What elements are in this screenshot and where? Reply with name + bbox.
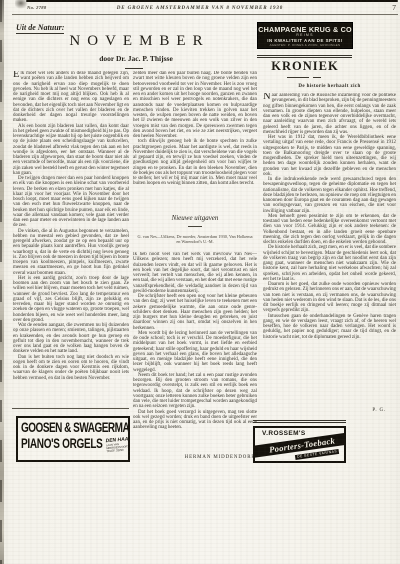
kroniek-text: Naar aanleiding van de Russische inzamel… [263, 93, 396, 405]
kroniek-title: KRONIEK [257, 59, 353, 74]
ad-brand-name: V.ROSSEM'S [262, 430, 306, 437]
champagne-advertisement: CHAMPAGNE KRUG & CO REIMS IN KWALITEIT A… [257, 22, 353, 49]
paragraph: Dat het boek goed verzorgd is uitgegeven… [133, 410, 257, 431]
drop-cap: N [263, 93, 272, 102]
paragraph: De schrijfster heeft een open oog voor h… [133, 294, 257, 331]
paragraph: Men wordt bij de lezing herinnerd aan de… [133, 331, 257, 373]
masthead-title: DE GROENE AMSTERDAMMER VAN 8 NOVEMBER 19… [30, 6, 370, 11]
kroniek-signature: P. G. [263, 408, 386, 413]
ad-phone-line: TELEF. 32290 [106, 448, 130, 454]
paragraph: Daarom is het goed, dat zulke oude woord… [263, 282, 396, 314]
paragraph: Ik heb nooit veel van het werk van mevro… [133, 252, 257, 294]
paragraph: De vinken, die al in Augustus begonnen t… [13, 229, 129, 276]
paragraph: Dan is het buiten toch nog lang niet doo… [13, 355, 129, 381]
article-kicker: Uit de Natuur: [16, 23, 64, 34]
masthead-rule [12, 14, 398, 15]
column-2-text-top: zelden meer dan een paar buiten haag. De… [133, 71, 257, 211]
paragraph: Naar aanleiding van de Russische inzamel… [263, 93, 396, 135]
kroniek-subtitle: De historie herhaalt zich [263, 84, 396, 89]
section-ornament-rule [188, 226, 202, 227]
paragraph: Het was in 1912 dat, meen ik, de Wereldb… [263, 135, 396, 177]
column-2-text-bottom: Ik heb nooit veel van het werk van mevro… [133, 252, 257, 452]
scan-edge-artifact-dark [0, 0, 2, 564]
paragraph: Neem dit boek ter hand; het zal u een pa… [133, 373, 257, 410]
section-heading: Nieuwe uitgaven [133, 214, 257, 222]
ad-line-pianos-orgels: PIANO'S ORGELS [21, 437, 103, 459]
ad-line-goosen-swagerman: GOOSEN & SWAGERMAN [21, 421, 126, 436]
kroniek-ornament-rule [287, 77, 321, 78]
paragraph: zelden meer dan een paar buiten haag. De… [133, 71, 257, 139]
article-byline: door Dr. Jac. P. Thijsse [13, 54, 259, 63]
page-top-edge-line [26, 0, 398, 2]
article-title: NOVEMBER [13, 33, 259, 50]
paragraph: De historie herhaalt zich, zegt men, en … [263, 245, 396, 282]
kroniek-bottom-rule [253, 420, 346, 423]
paragraph: Intusschen gaan de onderhandelingen te G… [263, 314, 396, 340]
paragraph: Het is een aardig gezicht, zoo'n troep d… [13, 276, 129, 323]
newspaper-page: No. 2788 DE GROENE AMSTERDAMMER VAN 8 NO… [0, 0, 400, 564]
paragraph: toch dikwijls genoeg heb ik de bonte spe… [133, 139, 257, 186]
paragraph: Men behoeft geen pessimist te zijn om te… [263, 214, 396, 246]
article-column-2: zelden meer dan een paar buiten haag. De… [133, 71, 257, 463]
paragraph: Wat de eenden aangaat, die zwemmen nu bi… [13, 323, 129, 355]
column-bottom-rule [12, 408, 129, 409]
piano-advertisement: GOOSEN & SWAGERMAN PIANO'S ORGELS DEN HA… [16, 416, 130, 462]
paragraph: Elk moet wel iets anders in deze maand g… [13, 71, 129, 124]
kroniek-column: CHAMPAGNE KRUG & CO REIMS IN KWALITEIT A… [253, 20, 396, 464]
page-number: 7 [382, 3, 396, 12]
review-signature: HERMAN MIDDENDORP [133, 455, 255, 460]
paragraph: Als een boom zijn bladeren laat vallen, … [13, 124, 129, 177]
tobacco-advertisement: V.ROSSEM'S Poorters-Toeback DE BESTE VAR… [253, 426, 346, 463]
article-column-1: Elk moet wel iets anders in deze maand g… [13, 71, 129, 407]
ad-brand-line: CHAMPAGNE KRUG & CO [258, 26, 352, 34]
byline-ornament-rule [125, 68, 143, 69]
paragraph: De twijgen dragen meer dan een paar hond… [13, 176, 129, 229]
paragraph: In die indrukwekkende rede werd gewaarsc… [263, 177, 396, 214]
ad-agent-line: AGENTEN: P. ONNES & ZOON, GRONINGEN [258, 43, 352, 47]
kroniek-top-rule [257, 55, 352, 58]
book-citation: G. van Nes—Uilkens, De moeder, Amsterdam… [137, 234, 253, 244]
